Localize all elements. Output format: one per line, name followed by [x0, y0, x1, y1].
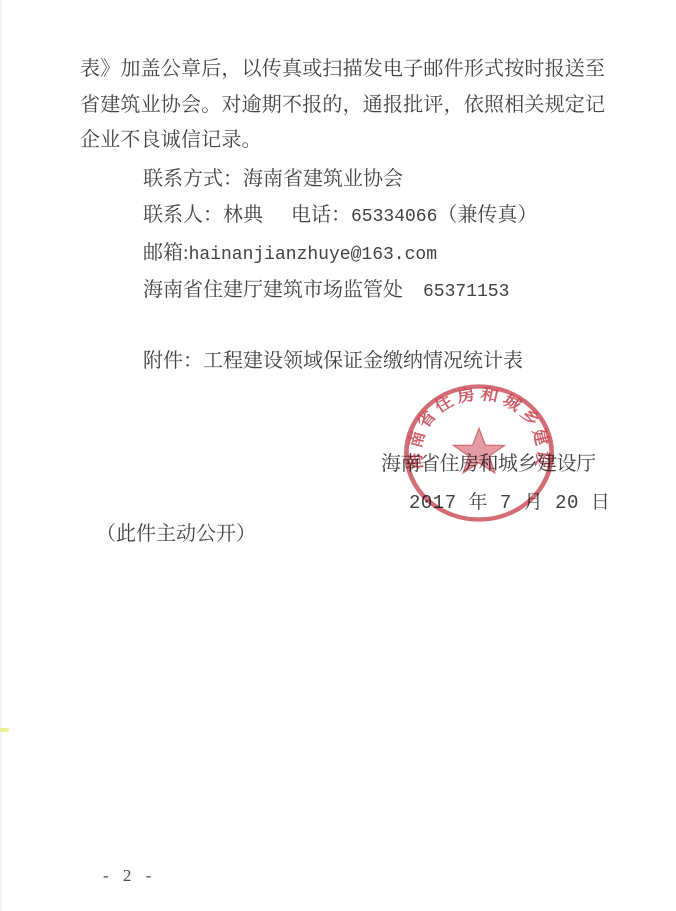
contact-person-name: 联系人：林典	[143, 204, 263, 226]
body-line-2: 省建筑业协会。对逾期不报的，通报批评，依照相关规定记	[80, 88, 620, 124]
attachment-line: 附件：工程建设领域保证金缴纳情况统计表	[143, 344, 523, 373]
department-line: 海南省住建厅建筑市场监管处65371153	[143, 273, 643, 311]
contact-method-line: 联系方式：海南省建筑业协会	[143, 162, 643, 198]
body-paragraph: 表》加盖公章后，以传真或扫描发电子邮件形式按时报送至 省建筑业协会。对逾期不报的…	[80, 52, 620, 159]
body-line-3: 企业不良诚信记录。	[80, 123, 620, 159]
department-name: 海南省住建厅建筑市场监管处	[143, 279, 403, 301]
public-disclosure-note: （此件主动公开）	[96, 517, 256, 546]
phone-label: 电话：	[291, 204, 351, 226]
signature-organization: 海南省住房和城乡建设厅	[381, 447, 596, 476]
phone-note: （兼传真）	[437, 204, 537, 226]
contact-person-line: 联系人：林典电话：65334066（兼传真）	[143, 198, 643, 236]
contact-block: 联系方式：海南省建筑业协会 联系人：林典电话：65334066（兼传真） 邮箱:…	[143, 162, 643, 311]
email-address: hainanjianzhuye@163.com	[189, 245, 437, 265]
scan-mark-artifact	[0, 728, 9, 732]
phone-number: 65334066	[351, 207, 437, 227]
email-label: 邮箱:	[143, 242, 189, 264]
document-page: 表》加盖公章后，以传真或扫描发电子邮件形式按时报送至 省建筑业协会。对逾期不报的…	[0, 0, 676, 911]
email-line: 邮箱:hainanjianzhuye@163.com	[143, 236, 643, 274]
body-line-1: 表》加盖公章后，以传真或扫描发电子邮件形式按时报送至	[80, 52, 620, 88]
scan-edge-artifact	[0, 0, 2, 911]
page-number: - 2 -	[103, 866, 156, 886]
department-phone: 65371153	[423, 282, 509, 302]
signature-date: 2017 年 7 月 20 日	[409, 487, 610, 514]
